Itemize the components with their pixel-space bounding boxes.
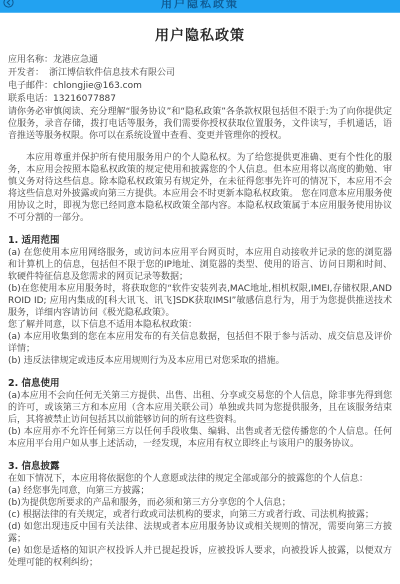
- paragraph: (a) 经您事先同意，向第三方披露；: [8, 485, 392, 497]
- app-info-label: 联系电话：: [8, 93, 53, 106]
- paragraph: (a)本应用不会向任何无关第三方提供、出售、出租、分享或交易您的个人信息，除非事…: [8, 390, 392, 426]
- app-info-line: 开发者：浙江博信软件信息技术有限公司: [8, 67, 392, 80]
- app-screen: 用户隐私政策 用户隐私政策 应用名称：龙港应急通开发者：浙江博信软件信息技术有限…: [0, 0, 400, 584]
- paragraph: (a) 本应用收集到的您在本应用发布的有关信息数据，包括但不限于参与活动、成交信…: [8, 331, 392, 355]
- paragraph: (b)为提供您所要求的产品和服务，而必须和第三方分享您的个人信息；: [8, 497, 392, 509]
- section-heading: 1. 适用范围: [8, 234, 392, 247]
- app-info-value: 浙江博信软件信息技术有限公司: [49, 68, 175, 78]
- paragraph: (b) 本应用亦不允许任何第三方以任何手段收集、编辑、出售或者无偿传播您的个人信…: [8, 426, 392, 450]
- paragraph: (a) 在您使用本应用网络服务，或访问本应用平台网页时，本应用自动接收并记录的您…: [8, 247, 392, 283]
- app-info-line: 联系电话：13216077887: [8, 93, 392, 106]
- paragraph: 在如下情况下，本应用将依据您的个人意愿或法律的规定全部或部分的披露您的个人信息：: [8, 473, 392, 485]
- paragraph: (b) 违反法律规定或违反本应用规则行为及本应用已对您采取的措施。: [8, 355, 392, 367]
- app-info-line: 应用名称：龙港应急通: [8, 54, 392, 67]
- app-info-value: 龙港应急通: [53, 55, 98, 65]
- paragraph: 您了解并同意，以下信息不适用本隐私权政策：: [8, 319, 392, 331]
- document-title: 用户隐私政策: [8, 25, 392, 45]
- document-body: 请你务必审慎阅读、充分理解“服务协议”和“隐私政策”各条款权限包括但不限于:为了…: [8, 106, 392, 569]
- app-info-line: 电子邮件：chlongjie@163.com: [8, 80, 392, 93]
- app-info-list: 应用名称：龙港应急通开发者：浙江博信软件信息技术有限公司电子邮件：chlongj…: [8, 54, 392, 106]
- section-heading: 2. 信息使用: [8, 377, 392, 390]
- paragraph: (c) 根据法律的有关规定，或者行政或司法机构的要求，向第三方或者行政、司法机构…: [8, 509, 392, 521]
- privacy-policy-document: 用户隐私政策 应用名称：龙港应急通开发者：浙江博信软件信息技术有限公司电子邮件：…: [0, 13, 400, 569]
- section-heading: 3. 信息披露: [8, 460, 392, 473]
- app-info-value: 13216077887: [53, 94, 116, 104]
- paragraph: (e) 如您是适格的知识产权投诉人并已提起投诉，应被投诉人要求，向被投诉人披露，…: [8, 545, 392, 569]
- app-info-label: 开发者：: [8, 67, 49, 80]
- paragraph: (d) 如您出现违反中国有关法律、法规或者本应用服务协议或相关规则的情况，需要向…: [8, 521, 392, 545]
- paragraph: 本应用尊重并保护所有使用服务用户的个人隐私权。为了给您提供更准确、更有个性化的服…: [8, 152, 392, 224]
- paragraph: 请你务必审慎阅读、充分理解“服务协议”和“隐私政策”各条款权限包括但不限于:为了…: [8, 106, 392, 142]
- navbar: 用户隐私政策: [0, 0, 400, 13]
- app-info-label: 电子邮件：: [8, 80, 53, 93]
- navbar-title: 用户隐私政策: [0, 0, 400, 12]
- app-info-label: 应用名称：: [8, 54, 53, 67]
- app-info-value: chlongjie@163.com: [53, 81, 142, 91]
- paragraph: (b)在您使用本应用服务时，将获取您的“软件安装列表,MAC地址,相机权限,IM…: [8, 283, 392, 319]
